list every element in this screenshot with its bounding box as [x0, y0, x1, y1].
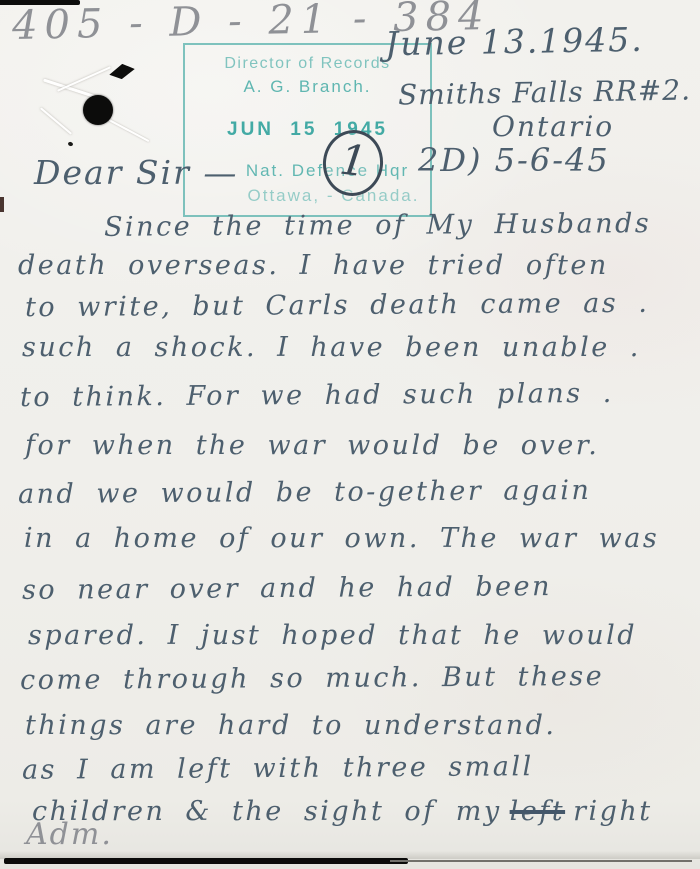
letter-line: and we would be to-gether again	[18, 475, 592, 510]
stamp-date: JUN 15 1945	[185, 119, 430, 141]
paper-crease	[103, 116, 150, 142]
letter-line: so near over and he had been	[22, 571, 552, 606]
scan-edge-bottom-bar	[4, 858, 408, 864]
paper-crease	[40, 107, 72, 134]
letter-line-final: children & the sight of myleftright	[32, 796, 661, 827]
scan-edge-bottom-line	[390, 860, 692, 862]
hole-punch	[83, 95, 113, 125]
scan-edge-left-nick	[0, 197, 4, 212]
letter-line: in a home of our own. The war was	[24, 523, 659, 554]
strikethrough-word: left	[510, 796, 565, 827]
letter-line: as I am left with three small	[22, 751, 534, 786]
letter-line: spared. I just hoped that he would	[28, 620, 637, 651]
letter-line: such a shock. I have been unable .	[22, 332, 641, 363]
admin-initial-note: Adm.	[26, 817, 113, 852]
letter-line: come through so much. But these	[20, 661, 604, 696]
letter-address-line1: Smiths Falls RR#2.	[398, 73, 692, 111]
letter-line: death overseas. I have tried often	[18, 250, 609, 281]
letter-line: to write, but Carls death came as .	[25, 288, 650, 323]
file-reference-notation: 2D) 5-6-45	[418, 141, 610, 179]
paper-crease	[57, 66, 111, 91]
final-line-suffix: right	[573, 796, 653, 827]
letter-address-line2: Ontario	[492, 110, 614, 143]
scanned-letter-page: 405 - D - 21 - 384 Director of Records A…	[0, 0, 700, 869]
ink-speck	[67, 141, 73, 146]
letter-line: Since the time of My Husbands	[104, 208, 651, 243]
salutation: Dear Sir —	[34, 153, 238, 192]
letter-line: to think. For we had such plans .	[20, 378, 614, 413]
letter-line: things are hard to understand.	[25, 710, 557, 741]
letter-date: June 13.1945.	[385, 20, 644, 64]
stamp-branch-line: A. G. Branch.	[185, 77, 430, 97]
ink-fleck	[108, 62, 136, 80]
letter-line: for when the war would be over.	[25, 430, 599, 461]
